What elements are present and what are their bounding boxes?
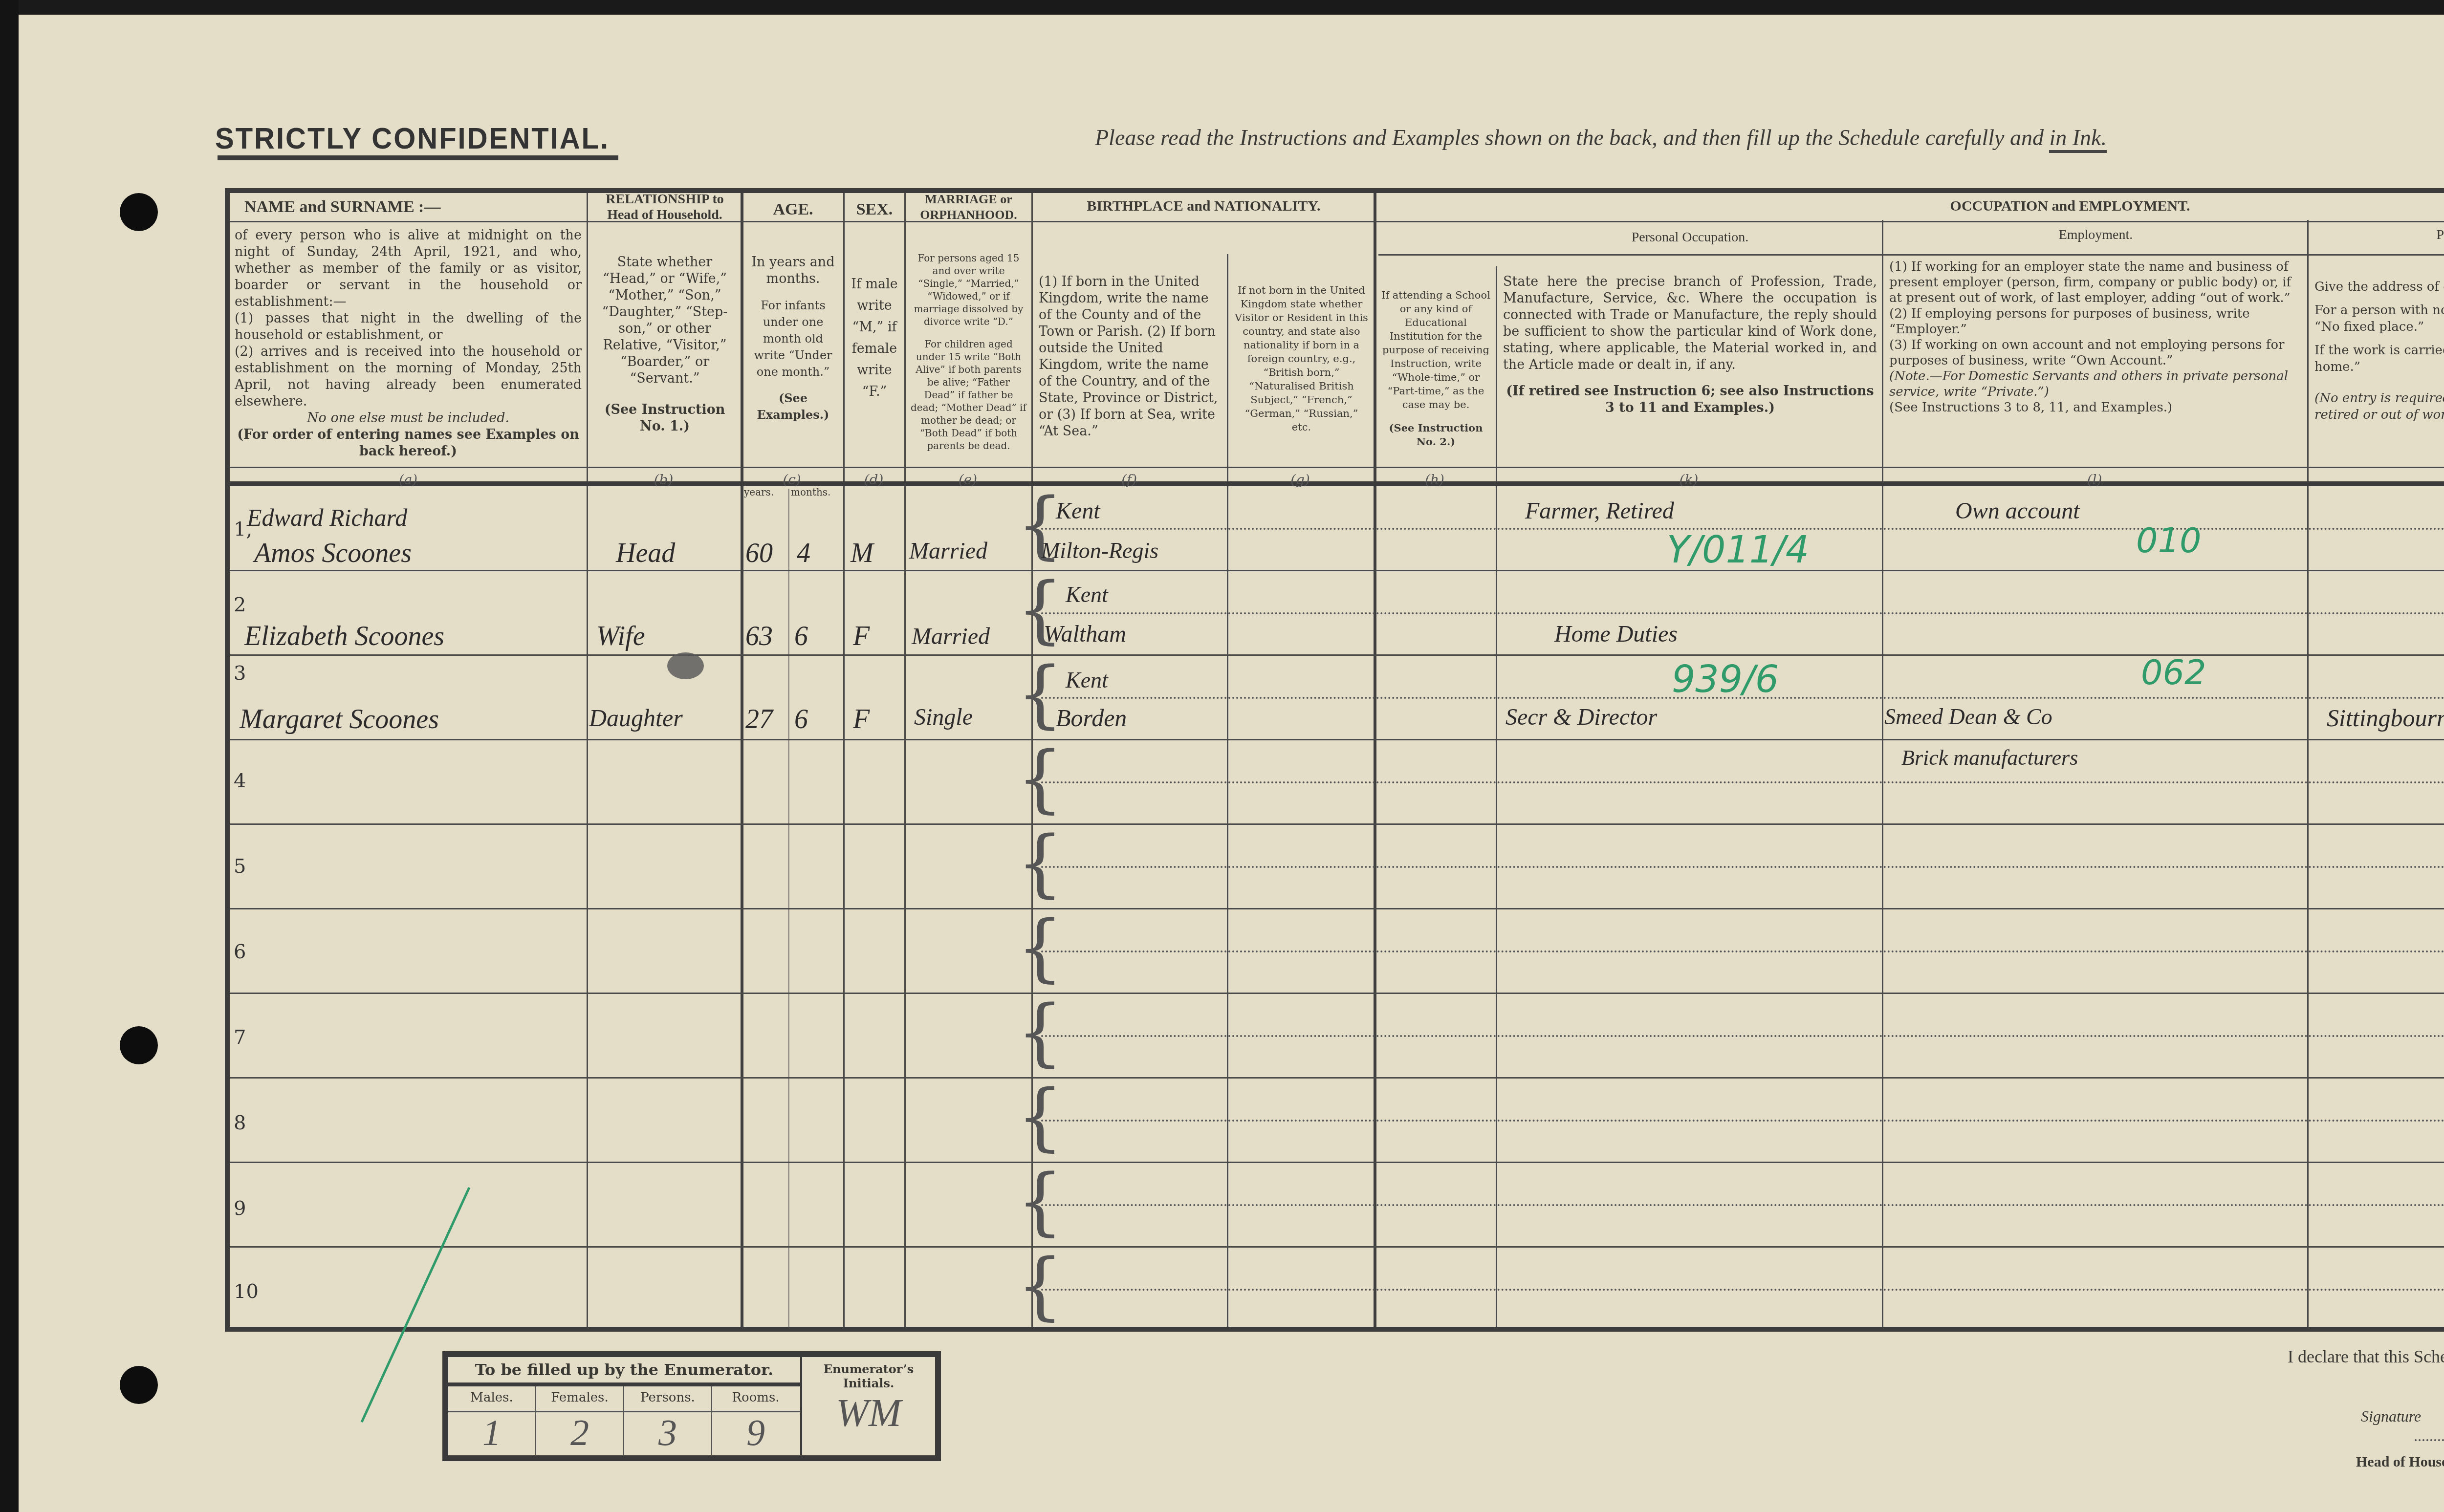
row-3-marriage: Single [914, 704, 973, 731]
header-rule-letters [230, 467, 2444, 468]
persons-value: 3 [624, 1412, 711, 1454]
row-3-employment: Smeed Dean & Co [1884, 704, 2052, 730]
col-e-body2: For children aged under 15 write “Both A… [911, 338, 1026, 452]
row-2-marriage: Married [912, 623, 990, 650]
row-3-birth-county: Kent [1066, 667, 1108, 693]
col-k-instructions: State here the precise branch of Profess… [1498, 274, 1882, 416]
row-2-employment-code: 062 [2141, 652, 2206, 692]
scan-edge-top [0, 0, 2444, 15]
signature-line [2415, 1439, 2444, 1441]
col-g-body: If not born in the United Kingdom state … [1229, 283, 1374, 434]
col-h-body: If attending a School or any kind of Edu… [1381, 288, 1491, 411]
row-1-occupation: Farmer, Retired [1525, 497, 1674, 524]
punch-hole-icon [120, 193, 158, 231]
col-a-note: No one else must be included. [235, 410, 582, 427]
row-rule-3 [230, 739, 2444, 740]
row-rule-8 [230, 1162, 2444, 1163]
col-fg-title: BIRTHPLACE and NATIONALITY. [1034, 198, 1374, 215]
row-brace: { [1017, 827, 1063, 900]
row-3-birth-town: Borden [1056, 704, 1127, 732]
row-8-midline [1041, 1120, 2444, 1122]
row-7-midline [1041, 1035, 2444, 1037]
col-a-item1: (1) passes that night in the dwelling of… [235, 310, 582, 344]
col-b-see: (See Instruction No. 1.) [594, 402, 736, 435]
row-2-age-months: 6 [794, 621, 808, 652]
row-2-birth-county: Kent [1066, 582, 1108, 607]
punch-hole-icon [120, 1026, 158, 1064]
enumerator-initials-value: WM [802, 1391, 935, 1436]
row-1-employment-code: 010 [2136, 520, 2202, 561]
row-1-birth-town: Milton-Regis [1041, 538, 1158, 563]
row-number: 2 [234, 594, 246, 616]
row-1-occupation-code: Y/011/4 [1667, 528, 1809, 571]
enumerator-totals-box: To be filled up by the Enumerator. Enume… [442, 1351, 941, 1461]
instruction-text: Please read the Instructions and Example… [1095, 125, 2049, 150]
col-k-title: Personal Occupation. [1498, 230, 1882, 245]
row-rule-6 [230, 993, 2444, 994]
col-letter-g: (g) [1227, 472, 1374, 488]
row-3-age-years: 27 [745, 704, 773, 735]
col-c-see: (See Examples.) [748, 390, 838, 423]
col-l-item1: (1) If working for an employer state the… [1889, 259, 2302, 306]
col-m-note: (No entry is required for any person who… [2314, 390, 2444, 423]
col-m-instructions: Give the address of each person’s place … [2310, 279, 2444, 423]
col-c-title: AGE. [743, 200, 843, 219]
col-e-instructions: For persons aged 15 and over write “Sing… [906, 252, 1031, 452]
instruction-ink: in Ink. [2049, 125, 2107, 153]
row-3-age-months: 6 [794, 704, 808, 735]
row-1-age-years: 60 [745, 538, 773, 569]
row-1-employment: Own account [1955, 497, 2080, 524]
declaration-text: I declare that this Schedule is correctl… [2288, 1346, 2444, 1367]
row-3-name: Margaret Scoones [240, 704, 439, 735]
col-a-item2: (2) arrives and is received into the hou… [235, 344, 582, 410]
females-value: 2 [536, 1412, 623, 1454]
row-3-employment-line2: Brick manufacturers [1901, 745, 2078, 770]
enumerator-initials-title: Enumerator’s Initials. [802, 1362, 935, 1390]
row-1-relationship: Head [616, 538, 675, 569]
row-brace: { [1017, 1165, 1063, 1238]
col-divider-l-m [2307, 220, 2309, 1327]
col-f-body: (1) If born in the United Kingdom, write… [1034, 274, 1227, 440]
col-c-infants: For infants under one month old write “U… [748, 297, 838, 380]
col-d-body: If male write “M,” if female write “F.” [845, 274, 904, 403]
col-c-instructions: In years and months. For infants under o… [743, 254, 843, 423]
row-brace: { [1017, 996, 1063, 1069]
row-brace: { [1017, 911, 1063, 985]
col-k-body: State here the precise branch of Profess… [1503, 274, 1877, 373]
col-a-instructions: of every person who is alive at midnight… [230, 227, 587, 460]
row-3-relationship: Daughter [589, 704, 683, 732]
row-2-occupation: Home Duties [1554, 621, 1678, 648]
row-rule-4 [230, 823, 2444, 825]
row-rule-9 [230, 1246, 2444, 1248]
row-number: 7 [234, 1026, 246, 1049]
col-letter-k: (k) [1496, 472, 1882, 488]
age-months-label: months. [791, 486, 830, 498]
col-divider-a-b [587, 193, 588, 1327]
col-h-instructions: If attending a School or any kind of Edu… [1376, 288, 1496, 449]
row-1-sex: M [851, 538, 873, 569]
row-2-occupation-code: 939/6 [1672, 657, 1779, 701]
col-l-instructions: (1) If working for an employer state the… [1884, 259, 2307, 415]
row-number: 9 [234, 1197, 246, 1220]
row-9-midline [1041, 1204, 2444, 1206]
col-a-order: (For order of entering names see Example… [235, 427, 582, 460]
row-2-midline [1041, 612, 2444, 614]
persons-label: Persons. [624, 1390, 711, 1405]
col-letter-e: (e) [904, 472, 1031, 488]
row-6-midline [1041, 950, 2444, 952]
col-letter-b: (b) [587, 472, 741, 488]
col-l-title: Employment. [1884, 227, 2307, 243]
signature-label: Signature [2361, 1407, 2421, 1426]
row-2-relationship: Wife [596, 621, 645, 652]
row-2-age-years: 63 [745, 621, 773, 652]
col-b-body: State whether “Head,” or “Wife,” “Mother… [594, 254, 736, 387]
row-10-midline [1041, 1289, 2444, 1291]
row-4-midline [1041, 781, 2444, 783]
rooms-value: 9 [712, 1412, 799, 1454]
col-b-instructions: State whether “Head,” or “Wife,” “Mother… [589, 254, 741, 435]
confidential-title: STRICTLY CONFIDENTIAL. [215, 121, 610, 155]
col-l-see: (See Instructions 3 to 8, 11, and Exampl… [1889, 400, 2302, 415]
col-e-body1: For persons aged 15 and over write “Sing… [911, 252, 1026, 328]
col-e-title: MARRIAGE or ORPHANHOOD. [906, 192, 1031, 223]
row-number: 3 [234, 662, 246, 685]
col-m-body2: For a person with no regular place of wo… [2314, 302, 2444, 335]
enumerator-box-title: To be filled up by the Enumerator. [448, 1357, 800, 1386]
col-divider-k-l [1882, 220, 1883, 1327]
col-k-see: (If retired see Instruction 6; see also … [1503, 383, 1877, 416]
row-rule-1 [230, 570, 2444, 571]
row-number: 10 [234, 1280, 259, 1303]
col-letter-c: (c) [741, 472, 843, 488]
row-rule-5 [230, 908, 2444, 909]
col-letter-a: (a) [230, 472, 587, 488]
col-divider-f-g [1227, 254, 1228, 1327]
age-years-label: years. [744, 486, 774, 498]
col-divider-h-k [1496, 266, 1497, 1327]
row-number: 6 [234, 941, 246, 963]
males-value: 1 [448, 1412, 535, 1454]
col-letter-m: (m) [2307, 472, 2444, 488]
rooms-label: Rooms. [712, 1390, 799, 1405]
signature-footer: Head of Household, Manager of Establishm… [2356, 1454, 2444, 1470]
row-brace: { [1017, 742, 1063, 816]
row-2-name: Elizabeth Scoones [244, 621, 444, 652]
col-m-body1: Give the address of each person’s place … [2314, 279, 2444, 295]
scan-edge-left [0, 0, 19, 1512]
row-3-occupation: Secr & Director [1506, 704, 1657, 731]
row-number: 5 [234, 855, 246, 878]
col-letter-h: (h) [1374, 472, 1496, 488]
row-1-age-months: 4 [797, 538, 810, 569]
row-1-name-line1: Edward Richard [247, 503, 407, 532]
col-h-see: (See Instruction No. 2.) [1381, 421, 1491, 449]
col-m-title: Place of Work. [2310, 227, 2444, 243]
col-a-title: NAME and SURNAME :— [235, 198, 587, 216]
col-a-body: of every person who is alive at midnight… [235, 227, 582, 310]
instruction-line: Please read the Instructions and Example… [1095, 125, 2107, 151]
row-1-birth-county: Kent [1056, 497, 1100, 524]
col-m-body3: If the work is carried on mainly at home… [2314, 342, 2444, 375]
header-rule-2 [1378, 254, 2444, 256]
col-b-title: RELATIONSHIP to Head of Household. [589, 192, 741, 223]
col-letter-l: (l) [1882, 472, 2307, 488]
row-2-birth-town: Waltham [1044, 621, 1126, 648]
title-underline [218, 155, 618, 160]
females-label: Females. [536, 1390, 623, 1405]
males-label: Males. [448, 1390, 535, 1405]
col-c-body: In years and months. [748, 254, 838, 287]
row-rule-7 [230, 1077, 2444, 1079]
ink-blot [667, 652, 704, 679]
row-number: 4 [234, 770, 246, 792]
row-2-sex: F [853, 621, 870, 652]
row-1-marriage: Married [909, 538, 987, 564]
col-letter-d: (d) [843, 472, 904, 488]
col-klm-title: OCCUPATION and EMPLOYMENT. [1496, 198, 2444, 215]
col-l-note: (Note.—For Domestic Servants and others … [1889, 368, 2302, 400]
punch-hole-icon [120, 1366, 158, 1404]
col-l-item3: (3) If working on own account and not em… [1889, 337, 2302, 368]
col-l-item2: (2) If employing persons for purposes of… [1889, 306, 2302, 337]
row-brace: { [1017, 1250, 1063, 1323]
row-number: 8 [234, 1112, 246, 1134]
row-rule-2 [230, 654, 2444, 656]
enum-subheader-row: Males. Females. Persons. Rooms. [448, 1386, 800, 1412]
row-5-midline [1041, 866, 2444, 868]
row-1-name-line2: Amos Scoones [254, 538, 412, 569]
row-3-sex: F [853, 704, 870, 735]
row-brace: { [1017, 1080, 1063, 1154]
col-d-title: SEX. [845, 200, 904, 219]
row-3-place-of-work: Sittingbourne [2327, 704, 2444, 732]
header-rule-1 [230, 221, 2444, 222]
